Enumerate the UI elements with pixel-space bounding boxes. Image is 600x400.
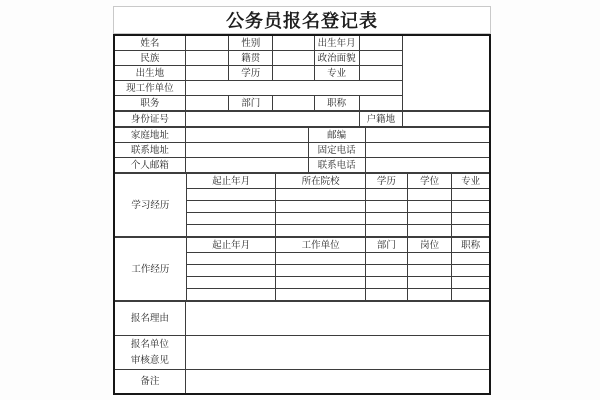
work-section-label: 工作经历: [115, 238, 186, 301]
birthplace-label: 出生地: [115, 66, 185, 81]
bottom-section: 报名理由 报名单位 审核意见 备注: [115, 301, 489, 393]
landline-phone-label: 固定电话: [308, 143, 365, 158]
application-reason-value-cell: [185, 302, 489, 336]
position-value-cell: [185, 96, 228, 111]
home-address-value-cell: [185, 128, 308, 143]
work-header-row: 工作经历 起止年月 工作单位 部门 岗位 职称: [115, 238, 489, 253]
remarks-value-cell: [185, 370, 489, 394]
education-cell: [452, 189, 489, 201]
education-cell: [452, 201, 489, 213]
work-cell: [408, 253, 452, 265]
work-header-employer: 工作单位: [276, 238, 365, 253]
ethnicity-label: 民族: [115, 51, 185, 66]
education-cell: [276, 213, 365, 225]
current-employer-label: 现工作单位: [115, 81, 185, 96]
major-value-cell: [359, 66, 402, 81]
remarks-label: 备注: [115, 370, 185, 394]
work-cell: [408, 289, 452, 301]
review-opinion-value-cell: [185, 336, 489, 370]
political-status-value-cell: [359, 51, 402, 66]
education-cell: [408, 225, 452, 237]
work-cell: [186, 277, 275, 289]
education-cell: [186, 225, 275, 237]
education-cell: [408, 213, 452, 225]
education-cell: [408, 201, 452, 213]
photo-area: [403, 36, 490, 111]
work-cell: [186, 265, 275, 277]
education-cell: [365, 189, 407, 201]
education-level-value-cell: [273, 66, 314, 81]
job-title-label: 职称: [314, 96, 359, 111]
major-label: 专业: [314, 66, 359, 81]
postal-code-label: 邮编: [308, 128, 365, 143]
education-section: 学习经历 起止年月 所在院校 学历 学位 专业: [115, 173, 489, 237]
work-header-post: 岗位: [408, 238, 452, 253]
department-label: 部门: [229, 96, 273, 111]
contact-phone-label: 联系电话: [308, 158, 365, 173]
id-number-label: 身份证号: [115, 112, 185, 127]
work-cell: [276, 253, 365, 265]
job-title-value-cell: [359, 96, 402, 111]
work-header-period: 起止年月: [186, 238, 275, 253]
birthdate-label: 出生年月: [314, 36, 359, 51]
political-status-label: 政治面貌: [314, 51, 359, 66]
education-header-period: 起止年月: [186, 174, 275, 189]
postal-code-value-cell: [365, 128, 489, 143]
native-place-label: 籍贯: [229, 51, 273, 66]
work-cell: [365, 277, 407, 289]
education-cell: [365, 213, 407, 225]
row-home-address: 家庭地址 邮编: [115, 128, 489, 143]
review-opinion-label-line2: 审核意见: [131, 355, 169, 366]
education-header-row: 学习经历 起止年月 所在院校 学历 学位 专业: [115, 174, 489, 189]
personal-email-label: 个人邮箱: [115, 158, 185, 173]
personal-email-value-cell: [185, 158, 308, 173]
work-cell: [276, 265, 365, 277]
education-cell: [276, 189, 365, 201]
gender-value-cell: [273, 36, 314, 51]
ethnicity-value-cell: [185, 51, 228, 66]
row-contact-address: 联系地址 固定电话: [115, 143, 489, 158]
row-application-reason: 报名理由: [115, 302, 489, 336]
work-cell: [365, 289, 407, 301]
education-header-major: 专业: [452, 174, 489, 189]
education-cell: [276, 201, 365, 213]
position-label: 职务: [115, 96, 185, 111]
work-cell: [408, 277, 452, 289]
work-cell: [452, 253, 489, 265]
form-sheet: 公务员报名登记表 姓名 性别 出生年月 民族 籍贯 政治面貌: [113, 6, 491, 395]
contact-address-label: 联系地址: [115, 143, 185, 158]
name-label: 姓名: [115, 36, 185, 51]
work-cell: [452, 265, 489, 277]
education-header-school: 所在院校: [276, 174, 365, 189]
education-cell: [186, 189, 275, 201]
education-cell: [452, 225, 489, 237]
contact-section: 家庭地址 邮编 联系地址 固定电话 个人邮箱 联系电话: [115, 127, 489, 173]
education-header-degree: 学位: [408, 174, 452, 189]
work-cell: [276, 277, 365, 289]
education-section-label: 学习经历: [115, 174, 186, 237]
row-personal-email: 个人邮箱 联系电话: [115, 158, 489, 173]
gender-label: 性别: [229, 36, 273, 51]
row-name-gender-birth: 姓名 性别 出生年月: [115, 36, 489, 51]
education-cell: [186, 213, 275, 225]
row-remarks: 备注: [115, 370, 489, 394]
form-title: 公务员报名登记表: [226, 7, 378, 33]
home-address-label: 家庭地址: [115, 128, 185, 143]
work-cell: [186, 289, 275, 301]
personal-info-section: 姓名 性别 出生年月 民族 籍贯 政治面貌 出生地 学历: [115, 36, 489, 111]
contact-address-value-cell: [185, 143, 308, 158]
work-cell: [452, 277, 489, 289]
work-cell: [276, 289, 365, 301]
form-table: 姓名 性别 出生年月 民族 籍贯 政治面貌 出生地 学历: [113, 34, 491, 395]
work-cell: [408, 265, 452, 277]
work-cell: [452, 289, 489, 301]
native-place-value-cell: [273, 51, 314, 66]
id-row-section: 身份证号 户籍地: [115, 111, 489, 127]
application-reason-label: 报名理由: [115, 302, 185, 336]
household-registration-label: 户籍地: [359, 112, 402, 127]
education-cell: [365, 201, 407, 213]
education-cell: [186, 201, 275, 213]
work-header-department: 部门: [365, 238, 407, 253]
row-id-number: 身份证号 户籍地: [115, 112, 489, 127]
education-header-degree-level: 学历: [365, 174, 407, 189]
row-review-opinion: 报名单位 审核意见: [115, 336, 489, 370]
review-opinion-label: 报名单位 审核意见: [115, 336, 185, 370]
household-registration-value-cell: [403, 112, 489, 127]
department-value-cell: [273, 96, 314, 111]
birthdate-value-cell: [359, 36, 402, 51]
work-section: 工作经历 起止年月 工作单位 部门 岗位 职称: [115, 237, 489, 301]
landline-phone-value-cell: [365, 143, 489, 158]
work-cell: [365, 265, 407, 277]
work-cell: [365, 253, 407, 265]
education-level-label: 学历: [229, 66, 273, 81]
current-employer-value-cell: [185, 81, 402, 96]
birthplace-value-cell: [185, 66, 228, 81]
education-cell: [408, 189, 452, 201]
education-cell: [452, 213, 489, 225]
id-number-value-cell: [185, 112, 359, 127]
form-title-box: 公务员报名登记表: [113, 6, 491, 34]
contact-phone-value-cell: [365, 158, 489, 173]
work-header-title: 职称: [452, 238, 489, 253]
name-value-cell: [185, 36, 228, 51]
review-opinion-label-line1: 报名单位: [131, 339, 169, 350]
education-cell: [276, 225, 365, 237]
work-cell: [186, 253, 275, 265]
education-cell: [365, 225, 407, 237]
